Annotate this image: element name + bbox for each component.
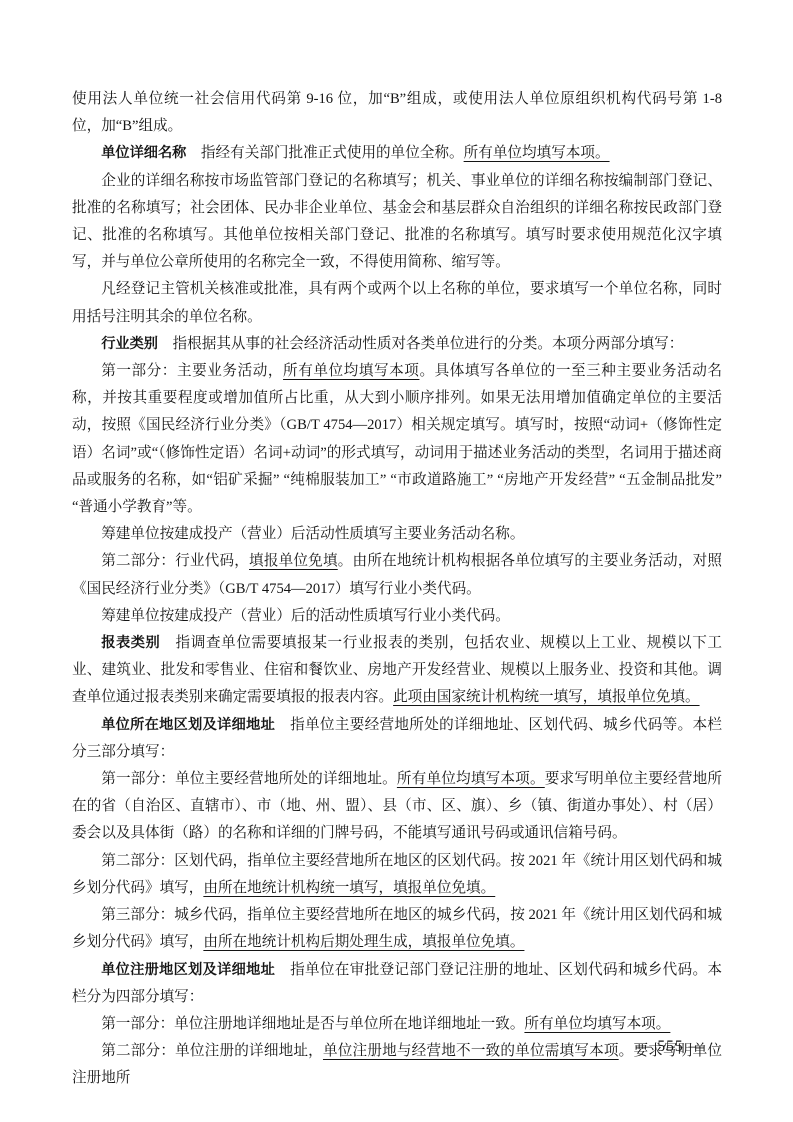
underlined-text: 所有单位均填写本项。 bbox=[464, 145, 610, 161]
paragraph: 报表类别 指调查单位需要填报某一行业报表的类别，包括农业、规模以上工业、规模以下… bbox=[72, 630, 722, 712]
underlined-text: 此项由国家统计机构统一填写，填报单位免填。 bbox=[393, 689, 699, 705]
paragraph: 单位所在地区划及详细地址 指单位主要经营地所处的详细地址、区划代码、城乡代码等。… bbox=[72, 712, 722, 766]
text-segment: 。具体填写各单位的一至三种主要业务活动名称，并按其重要程度或增加值所占比重，从大… bbox=[72, 363, 722, 515]
text-segment: 企业的详细名称按市场监管部门登记的名称填写；机关、事业单位的详细名称按编制部门登… bbox=[72, 173, 722, 271]
paragraph: 行业类别 指根据其从事的社会经济活动性质对各类单位进行的分类。本项分两部分填写： bbox=[72, 331, 722, 358]
paragraph: 单位详细名称 指经有关部门批准正式使用的单位全称。所有单位均填写本项。 bbox=[72, 140, 722, 167]
paragraph: 第一部分：主要业务活动，所有单位均填写本项。具体填写各单位的一至三种主要业务活动… bbox=[72, 358, 722, 521]
paragraph: 使用法人单位统一社会信用代码第 9-16 位，加“B”组成，或使用法人单位原组织… bbox=[72, 86, 722, 140]
text-segment: 指根据其从事的社会经济活动性质对各类单位进行的分类。本项分两部分填写： bbox=[158, 336, 683, 352]
term-label: 单位注册地区划及详细地址 bbox=[101, 962, 275, 978]
underlined-text: 所有单位均填写本项。 bbox=[397, 771, 545, 787]
underlined-text: 填报单位免填 bbox=[249, 553, 338, 569]
term-label: 行业类别 bbox=[101, 336, 158, 352]
text-segment: 使用法人单位统一社会信用代码第 9-16 位，加“B”组成，或使用法人单位原组织… bbox=[72, 91, 722, 134]
paragraph: 第三部分：城乡代码，指单位主要经营地所在地区的城乡代码，按 2021 年《统计用… bbox=[72, 902, 722, 956]
underlined-text: 单位注册地与经营地不一致的单位需填写本项 bbox=[323, 1043, 619, 1059]
paragraph: 凡经登记主管机关核准或批准，具有两个或两个以上名称的单位，要求填写一个单位名称，… bbox=[72, 276, 722, 330]
text-segment: 第一部分：单位注册地详细地址是否与单位所在地详细地址一致。 bbox=[101, 1016, 524, 1032]
text-segment: 第二部分：单位注册的详细地址， bbox=[101, 1043, 323, 1059]
term-label: 单位详细名称 bbox=[101, 145, 186, 161]
paragraph: 第一部分：单位主要经营地所处的详细地址。所有单位均填写本项。要求写明单位主要经营… bbox=[72, 766, 722, 848]
document-body: 使用法人单位统一社会信用代码第 9-16 位，加“B”组成，或使用法人单位原组织… bbox=[72, 86, 722, 1093]
paragraph: 筹建单位按建成投产（营业）后活动性质填写主要业务活动名称。 bbox=[72, 521, 722, 548]
page-number: — 555 — bbox=[636, 1038, 705, 1056]
text-segment: 筹建单位按建成投产（营业）后活动性质填写主要业务活动名称。 bbox=[101, 526, 524, 542]
paragraph: 企业的详细名称按市场监管部门登记的名称填写；机关、事业单位的详细名称按编制部门登… bbox=[72, 168, 722, 277]
text-segment: 指经有关部门批准正式使用的单位全称。 bbox=[186, 145, 463, 161]
paragraph: 第二部分：区划代码，指单位主要经营地所在地区的区划代码。按 2021 年《统计用… bbox=[72, 848, 722, 902]
text-segment: 第二部分：行业代码， bbox=[101, 553, 249, 569]
paragraph: 单位注册地区划及详细地址 指单位在审批登记部门登记注册的地址、区划代码和城乡代码… bbox=[72, 957, 722, 1011]
text-segment: 第一部分：主要业务活动， bbox=[101, 363, 283, 379]
text-segment: 筹建单位按建成投产（营业）后的活动性质填写行业小类代码。 bbox=[101, 608, 510, 624]
underlined-text: 所有单位均填写本项。 bbox=[524, 1016, 670, 1032]
paragraph: 第二部分：单位注册的详细地址，单位注册地与经营地不一致的单位需填写本项。要求写明… bbox=[72, 1038, 722, 1092]
paragraph: 筹建单位按建成投产（营业）后的活动性质填写行业小类代码。 bbox=[72, 603, 722, 630]
underlined-text: 由所在地统计机构统一填写，填报单位免填。 bbox=[203, 880, 495, 896]
text-segment: 凡经登记主管机关核准或批准，具有两个或两个以上名称的单位，要求填写一个单位名称，… bbox=[72, 281, 722, 324]
text-segment: 第一部分：单位主要经营地所处的详细地址。 bbox=[101, 771, 397, 787]
underlined-text: 由所在地统计机构后期处理生成，填报单位免填。 bbox=[203, 934, 524, 950]
term-label: 报表类别 bbox=[101, 635, 160, 651]
term-label: 单位所在地区划及详细地址 bbox=[101, 717, 275, 733]
paragraph: 第一部分：单位注册地详细地址是否与单位所在地详细地址一致。所有单位均填写本项。 bbox=[72, 1011, 722, 1038]
underlined-text: 所有单位均填写本项 bbox=[283, 363, 419, 379]
document-page: 使用法人单位统一社会信用代码第 9-16 位，加“B”组成，或使用法人单位原组织… bbox=[0, 0, 793, 1122]
paragraph: 第二部分：行业代码，填报单位免填。由所在地统计机构根据各单位填写的主要业务活动，… bbox=[72, 548, 722, 602]
